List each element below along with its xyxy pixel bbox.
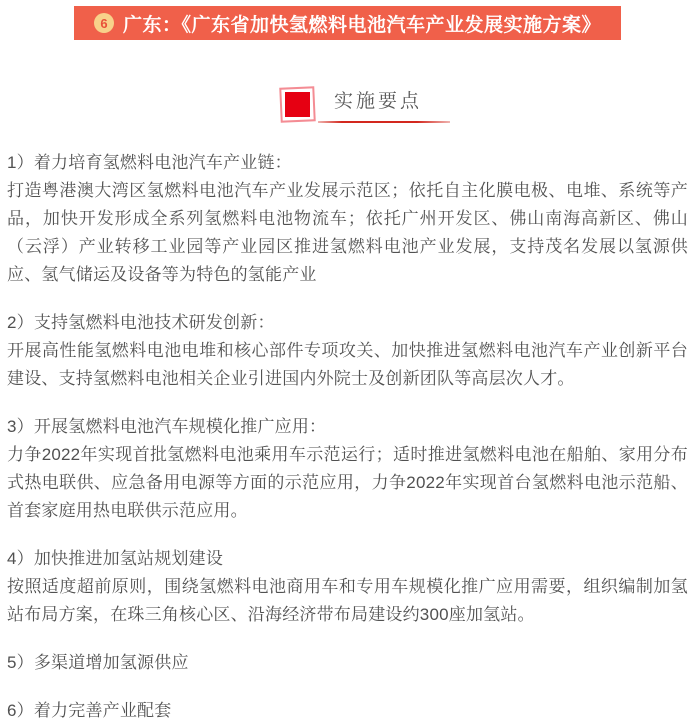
red-underline <box>318 121 450 123</box>
point-body: 打造粤港澳大湾区氢燃料电池汽车产业发展示范区；依托自主化膜电极、电堆、系统等产品… <box>7 177 688 289</box>
section-label: 实施要点 <box>334 91 422 112</box>
point-heading: 1）着力培育氢燃料电池汽车产业链： <box>7 149 688 177</box>
banner: 6 广东：《广东省加快氢燃料电池汽车产业发展实施方案》 <box>74 6 621 40</box>
point-heading: 4）加快推进加氢站规划建设 <box>7 545 688 573</box>
section-number-badge: 6 <box>94 13 114 33</box>
point-block-2: 2）支持氢燃料电池技术研发创新： 开展高性能氢燃料电池电堆和核心部件专项攻关、加… <box>7 309 688 393</box>
banner-title: 广东：《广东省加快氢燃料电池汽车产业发展实施方案》 <box>123 10 601 37</box>
point-block-6: 6）着力完善产业配套 <box>7 697 688 725</box>
point-block-1: 1）着力培育氢燃料电池汽车产业链： 打造粤港澳大湾区氢燃料电池汽车产业发展示范区… <box>7 149 688 289</box>
point-block-5: 5）多渠道增加氢源供应 <box>7 649 688 677</box>
section-label-wrap: 实施要点 <box>334 86 422 123</box>
point-block-4: 4）加快推进加氢站规划建设 按照适度超前原则，围绕氢燃料电池商用车和专用车规模化… <box>7 545 688 629</box>
point-heading: 3）开展氢燃料电池汽车规模化推广应用： <box>7 413 688 441</box>
point-heading: 6）着力完善产业配套 <box>7 697 688 725</box>
seal-stamp-icon <box>285 92 310 117</box>
article-body: 1）着力培育氢燃料电池汽车产业链： 打造粤港澳大湾区氢燃料电池汽车产业发展示范区… <box>0 149 695 725</box>
point-block-3: 3）开展氢燃料电池汽车规模化推广应用： 力争2022年实现首批氢燃料电池乘用车示… <box>7 413 688 525</box>
point-heading: 2）支持氢燃料电池技术研发创新： <box>7 309 688 337</box>
section-header: 实施要点 <box>6 86 695 123</box>
point-body: 按照适度超前原则，围绕氢燃料电池商用车和专用车规模化推广应用需要，组织编制加氢站… <box>7 573 688 629</box>
point-body: 力争2022年实现首批氢燃料电池乘用车示范运行；适时推进氢燃料电池在船舶、家用分… <box>7 441 688 525</box>
point-body: 开展高性能氢燃料电池电堆和核心部件专项攻关、加快推进氢燃料电池汽车产业创新平台建… <box>7 337 688 393</box>
point-heading: 5）多渠道增加氢源供应 <box>7 649 688 677</box>
